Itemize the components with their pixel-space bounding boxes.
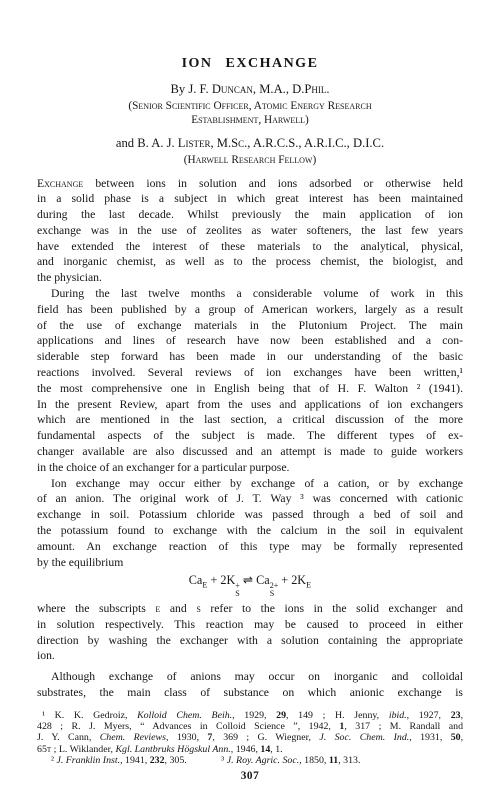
- text-line: Ion exchange may occur either by exchang…: [37, 476, 463, 492]
- text-line: In the present Review, apart from the us…: [37, 397, 463, 413]
- text-line: have extended the interest of these mate…: [37, 239, 463, 255]
- text-line: ion.: [37, 648, 463, 664]
- text-line: reactions involved. Several reviews of i…: [37, 365, 463, 381]
- text-line: Although exchange of anions may occur on…: [37, 669, 463, 685]
- text-line: exchange was in the use of zeolites as w…: [37, 223, 463, 239]
- text-line: field has been published by a group of A…: [37, 302, 463, 318]
- paragraph-1: Exchange between ions in solution and io…: [37, 176, 463, 287]
- footnote-line: J. Y. Cann, Chem. Reviews, 1930, 7, 369 …: [37, 732, 463, 743]
- text-line: during the last decade. Whilst previousl…: [37, 207, 463, 223]
- author-affiliation-line-3: (Harwell Research Fellow): [37, 154, 463, 168]
- text-line: direction by washing the exchanger with …: [37, 633, 463, 649]
- text-line: amount. An exchange reaction of this typ…: [37, 539, 463, 555]
- body-text: Exchange between ions in solution and io…: [37, 176, 463, 701]
- paper-title: ION EXCHANGE: [37, 56, 463, 72]
- text-line: the potassium found to exchange with the…: [37, 523, 463, 539]
- text-line: which are mentioned in the last section,…: [37, 412, 463, 428]
- text-line: the physician.: [37, 270, 463, 286]
- text-line: changer available are also discussed and…: [37, 444, 463, 460]
- paragraph-2: During the last twelve months a consider…: [37, 286, 463, 476]
- paragraph-5: Although exchange of anions may occur on…: [37, 669, 463, 701]
- footnote-line: ¹ K. K. Gedroiz, Kolloid Chem. Beih., 19…: [37, 710, 463, 721]
- text-line: applications and lines of research have …: [37, 333, 463, 349]
- footnote-line: 428 ; R. J. Myers, “ Advances in Colloid…: [37, 721, 463, 732]
- text-line: siderable step forward has been made in …: [37, 349, 463, 365]
- paragraph-3: Ion exchange may occur either by exchang…: [37, 476, 463, 571]
- text-line: in the choice of an exchanger for a part…: [37, 460, 463, 476]
- page-number: 307: [37, 770, 463, 782]
- text-line: where the subscripts e and s refer to th…: [37, 601, 463, 617]
- chemical-equation: CaE + 2K+S ⇌ Ca2+S + 2KE: [37, 573, 463, 596]
- author-affiliation-line-2: Establishment, Harwell): [37, 114, 463, 128]
- text-line: Exchange between ions in solution and io…: [37, 176, 463, 192]
- paper-page: ION EXCHANGE By J. F. Duncan, M.A., D.Ph…: [0, 0, 500, 786]
- text-line: of an anion. The original work of J. T. …: [37, 491, 463, 507]
- text-line: During the last twelve months a consider…: [37, 286, 463, 302]
- paragraph-4: where the subscripts e and s refer to th…: [37, 601, 463, 664]
- text-line: exchange in soil. Potassium chloride was…: [37, 507, 463, 523]
- footnote-line: ² J. Franklin Inst., 1941, 232, 305. ³ J…: [37, 755, 463, 766]
- text-line: substrates, the main class of substance …: [37, 685, 463, 701]
- footnote-line: 65t ; L. Wiklander, Kgl. Lantbruks Högsk…: [37, 744, 463, 755]
- author-byline-2: and B. A. J. Lister, M.Sc., A.R.C.S., A.…: [37, 136, 463, 151]
- text-line: in solution respectively. This reaction …: [37, 617, 463, 633]
- author-affiliation-line-1: (Senior Scientific Officer, Atomic Energ…: [37, 100, 463, 114]
- text-line: in a solid phase is a subject in which g…: [37, 191, 463, 207]
- footnotes-block: ¹ K. K. Gedroiz, Kolloid Chem. Beih., 19…: [37, 710, 463, 766]
- text-line: by the equilibrium: [37, 555, 463, 571]
- text-line: of the use of exchange materials in the …: [37, 318, 463, 334]
- text-line: fundamental aspects of the subject is ma…: [37, 428, 463, 444]
- text-line: the most comprehensive one in English be…: [37, 381, 463, 397]
- text-line: and inorganic chemist, as well as to the…: [37, 254, 463, 270]
- page-content: ION EXCHANGE By J. F. Duncan, M.A., D.Ph…: [37, 0, 463, 782]
- author-byline-1: By J. F. Duncan, M.A., D.Phil.: [37, 82, 463, 97]
